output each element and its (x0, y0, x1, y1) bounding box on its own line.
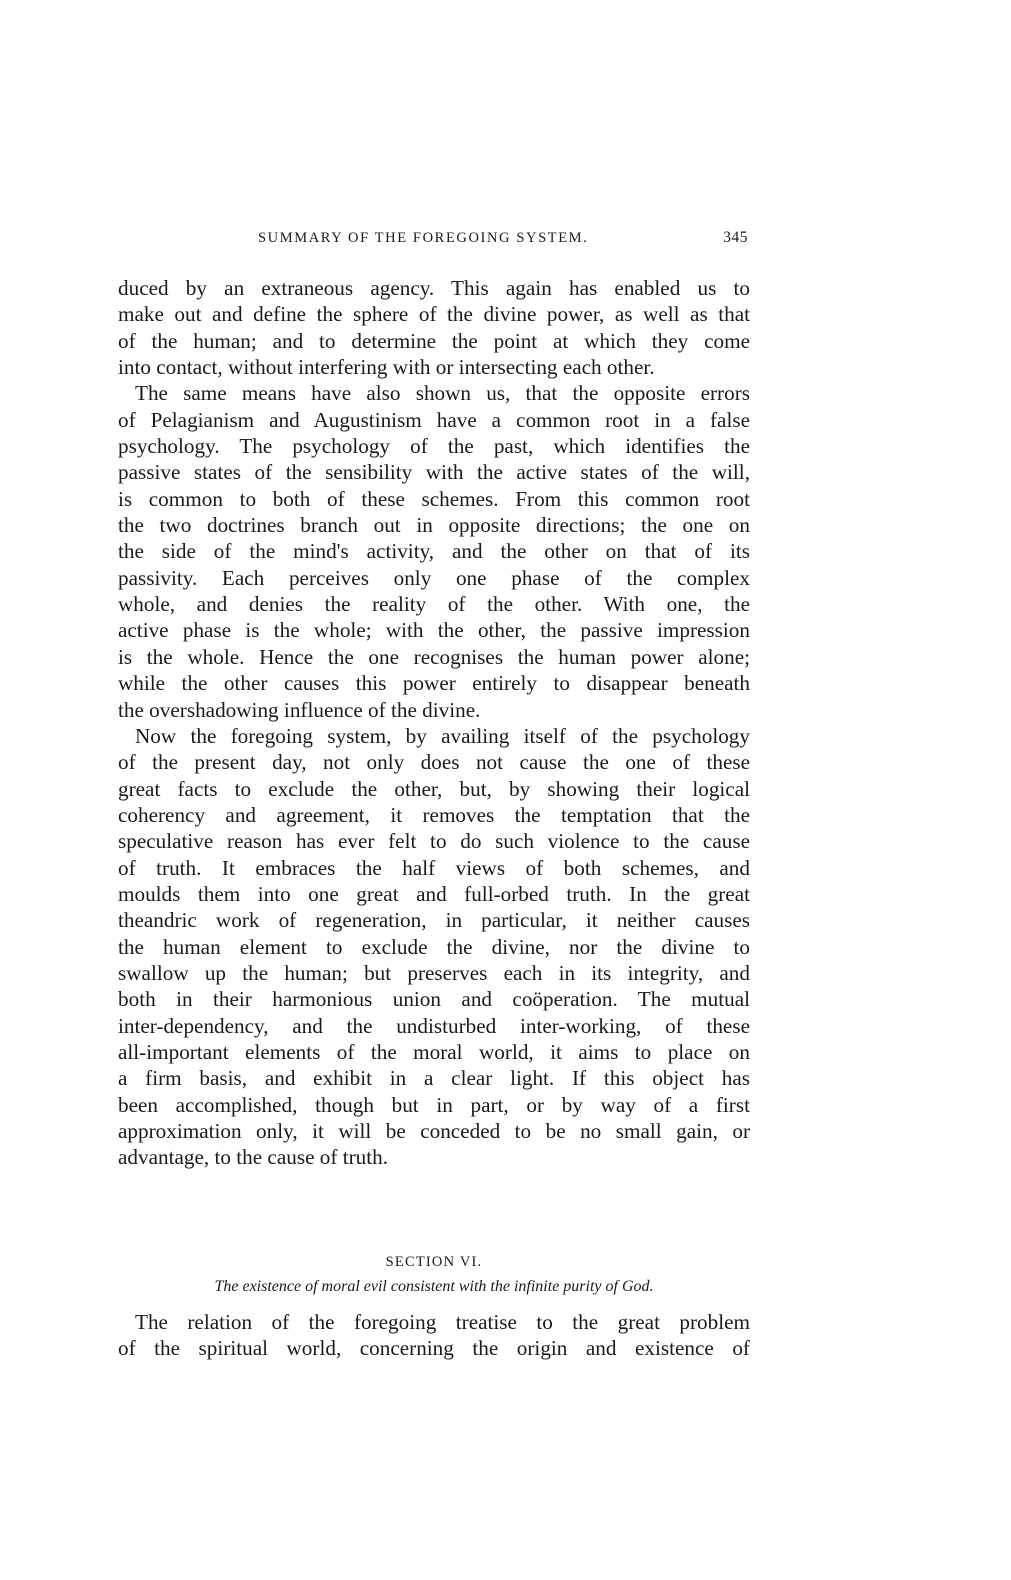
text-line: passive states of the sensibility with t… (118, 459, 750, 485)
text-line: is the whole. Hence the one recognises t… (118, 644, 750, 670)
text-line: of the spiritual world, concerning the o… (118, 1335, 750, 1361)
text-line: passivity. Each perceives only one phase… (118, 565, 750, 591)
text-line: moulds them into one great and full-orbe… (118, 881, 750, 907)
text-line: The relation of the foregoing treatise t… (118, 1309, 750, 1335)
body-text: duced by an extraneous agency. This agai… (118, 275, 750, 1171)
text-line: of truth. It embraces the half views of … (118, 855, 750, 881)
paragraph: Now the foregoing system, by availing it… (118, 723, 750, 1171)
text-line: of the present day, not only does not ca… (118, 749, 750, 775)
text-line: great facts to exclude the other, but, b… (118, 776, 750, 802)
text-line: the human element to exclude the divine,… (118, 934, 750, 960)
text-line: make out and define the sphere of the di… (118, 301, 750, 327)
text-line: Now the foregoing system, by availing it… (118, 723, 750, 749)
text-line: speculative reason has ever felt to do s… (118, 828, 750, 854)
text-line: the side of the mind's activity, and the… (118, 538, 750, 564)
section-subtitle: The existence of moral evil consistent w… (118, 1276, 750, 1298)
text-line: is common to both of these schemes. From… (118, 486, 750, 512)
text-line: theandric work of regeneration, in parti… (118, 907, 750, 933)
running-head: SUMMARY OF THE FOREGOING SYSTEM. 345 (118, 226, 750, 250)
text-line: while the other causes this power entire… (118, 670, 750, 696)
paragraph: The relation of the foregoing treatise t… (118, 1309, 750, 1362)
page-number: 345 (723, 226, 748, 250)
text-line: psychology. The psychology of the past, … (118, 433, 750, 459)
text-line: advantage, to the cause of truth. (118, 1144, 750, 1170)
section-heading: SECTION VI. (118, 1251, 750, 1273)
text-line: a firm basis, and exhibit in a clear lig… (118, 1065, 750, 1091)
text-line: the two doctrines branch out in opposite… (118, 512, 750, 538)
text-line: into contact, without interfering with o… (118, 354, 750, 380)
text-line: both in their harmonious union and coöpe… (118, 986, 750, 1012)
text-line: coherency and agreement, it removes the … (118, 802, 750, 828)
text-line: the overshadowing influence of the divin… (118, 697, 750, 723)
running-head-title: SUMMARY OF THE FOREGOING SYSTEM. (258, 226, 588, 250)
section-body-text: The relation of the foregoing treatise t… (118, 1309, 750, 1362)
text-line: active phase is the whole; with the othe… (118, 617, 750, 643)
text-line: approximation only, it will be conceded … (118, 1118, 750, 1144)
text-line: duced by an extraneous agency. This agai… (118, 275, 750, 301)
text-line: of the human; and to determine the point… (118, 328, 750, 354)
text-line: inter-dependency, and the undisturbed in… (118, 1013, 750, 1039)
book-page: SUMMARY OF THE FOREGOING SYSTEM. 345 duc… (0, 0, 1011, 1580)
text-line: of Pelagianism and Augustinism have a co… (118, 407, 750, 433)
text-line: been accomplished, though but in part, o… (118, 1092, 750, 1118)
paragraph: duced by an extraneous agency. This agai… (118, 275, 750, 380)
text-line: swallow up the human; but preserves each… (118, 960, 750, 986)
text-line: all-important elements of the moral worl… (118, 1039, 750, 1065)
text-line: The same means have also shown us, that … (118, 380, 750, 406)
text-line: whole, and denies the reality of the oth… (118, 591, 750, 617)
paragraph: The same means have also shown us, that … (118, 380, 750, 722)
